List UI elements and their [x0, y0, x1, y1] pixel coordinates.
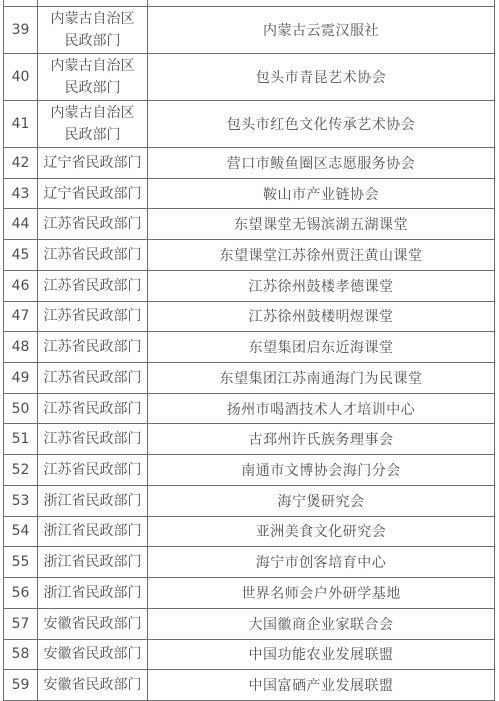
row-number-cell: 44 — [4, 209, 38, 240]
table-row: 48江苏省民政部门东望集团启东近海课堂 — [4, 332, 495, 363]
table-row: 41内蒙古自治区 民政部门包头市红色文化传承艺术协会 — [4, 101, 495, 148]
table-row: 54浙江省民政部门亚洲美食文化研究会 — [4, 517, 495, 548]
department-cell: 浙江省民政部门 — [38, 517, 148, 548]
row-number-cell: 41 — [4, 101, 38, 148]
table-row: 43辽宁省民政部门鞍山市产业链协会 — [4, 179, 495, 210]
table-row: 44江苏省民政部门东望课堂无锡滨湖五湖课堂 — [4, 209, 495, 240]
organization-cell: 营口市鲅鱼圈区志愿服务协会 — [148, 148, 495, 179]
document-page: 39内蒙古自治区 民政部门内蒙古云霓汉服社40内蒙古自治区 民政部门包头市青昆艺… — [0, 0, 499, 701]
row-number-cell: 45 — [4, 240, 38, 271]
table-row: 47江苏省民政部门江苏徐州鼓楼明煜课堂 — [4, 302, 495, 333]
table-row: 42辽宁省民政部门营口市鲅鱼圈区志愿服务协会 — [4, 148, 495, 179]
department-cell: 辽宁省民政部门 — [38, 179, 148, 210]
row-number-cell: 54 — [4, 517, 38, 548]
row-number-cell: 59 — [4, 670, 38, 701]
department-cell: 江苏省民政部门 — [38, 332, 148, 363]
row-number-cell: 57 — [4, 609, 38, 640]
table-row: 52江苏省民政部门南通市文博协会海门分会 — [4, 455, 495, 486]
department-cell: 浙江省民政部门 — [38, 578, 148, 609]
department-cell: 江苏省民政部门 — [38, 209, 148, 240]
row-number-cell: 49 — [4, 363, 38, 394]
department-cell: 江苏省民政部门 — [38, 363, 148, 394]
department-cell: 江苏省民政部门 — [38, 271, 148, 302]
department-cell: 江苏省民政部门 — [38, 302, 148, 333]
department-cell: 江苏省民政部门 — [38, 240, 148, 271]
table-row: 40内蒙古自治区 民政部门包头市青昆艺术协会 — [4, 54, 495, 101]
row-number-cell: 42 — [4, 148, 38, 179]
row-number-cell: 48 — [4, 332, 38, 363]
table-row-partial — [4, 0, 495, 7]
table-row: 45江苏省民政部门东望课堂江苏徐州贾汪黄山课堂 — [4, 240, 495, 271]
row-number-cell: 50 — [4, 394, 38, 425]
row-number-cell: 56 — [4, 578, 38, 609]
department-cell: 江苏省民政部门 — [38, 455, 148, 486]
row-number-cell: 43 — [4, 179, 38, 210]
department-cell: 浙江省民政部门 — [38, 547, 148, 578]
row-number-cell: 58 — [4, 640, 38, 671]
table-row: 55浙江省民政部门海宁市创客培育中心 — [4, 547, 495, 578]
department-cell — [38, 0, 148, 7]
row-number-cell — [4, 0, 38, 7]
organization-cell: 东望课堂江苏徐州贾汪黄山课堂 — [148, 240, 495, 271]
organization-cell: 亚洲美食文化研究会 — [148, 517, 495, 548]
organization-cell: 扬州市喝酒技术人才培训中心 — [148, 394, 495, 425]
organization-cell: 中国功能农业发展联盟 — [148, 640, 495, 671]
department-cell: 内蒙古自治区 民政部门 — [38, 7, 148, 54]
row-number-cell: 55 — [4, 547, 38, 578]
organization-cell: 中国富硒产业发展联盟 — [148, 670, 495, 701]
department-cell: 辽宁省民政部门 — [38, 148, 148, 179]
table-row: 46江苏省民政部门江苏徐州鼓楼孝德课堂 — [4, 271, 495, 302]
organization-cell: 海宁市创客培育中心 — [148, 547, 495, 578]
table-row: 56浙江省民政部门世界名师会户外研学基地 — [4, 578, 495, 609]
department-cell: 安徽省民政部门 — [38, 670, 148, 701]
organization-cell: 古邳州许氏族务理事会 — [148, 424, 495, 455]
organization-list-table: 39内蒙古自治区 民政部门内蒙古云霓汉服社40内蒙古自治区 民政部门包头市青昆艺… — [3, 0, 495, 701]
department-cell: 安徽省民政部门 — [38, 640, 148, 671]
table-row: 50江苏省民政部门扬州市喝酒技术人才培训中心 — [4, 394, 495, 425]
organization-cell: 世界名师会户外研学基地 — [148, 578, 495, 609]
department-cell: 江苏省民政部门 — [38, 394, 148, 425]
row-number-cell: 53 — [4, 486, 38, 517]
department-cell: 内蒙古自治区 民政部门 — [38, 54, 148, 101]
organization-cell: 内蒙古云霓汉服社 — [148, 7, 495, 54]
organization-cell — [148, 0, 495, 7]
organization-cell: 鞍山市产业链协会 — [148, 179, 495, 210]
department-cell: 内蒙古自治区 民政部门 — [38, 101, 148, 148]
organization-cell: 包头市青昆艺术协会 — [148, 54, 495, 101]
organization-cell: 东望集团启东近海课堂 — [148, 332, 495, 363]
row-number-cell: 40 — [4, 54, 38, 101]
department-cell: 浙江省民政部门 — [38, 486, 148, 517]
table-row: 51江苏省民政部门古邳州许氏族务理事会 — [4, 424, 495, 455]
organization-cell: 包头市红色文化传承艺术协会 — [148, 101, 495, 148]
table-row: 59安徽省民政部门中国富硒产业发展联盟 — [4, 670, 495, 701]
organization-cell: 江苏徐州鼓楼孝德课堂 — [148, 271, 495, 302]
organization-cell: 海宁煲研究会 — [148, 486, 495, 517]
row-number-cell: 39 — [4, 7, 38, 54]
department-cell: 安徽省民政部门 — [38, 609, 148, 640]
organization-cell: 南通市文博协会海门分会 — [148, 455, 495, 486]
row-number-cell: 52 — [4, 455, 38, 486]
row-number-cell: 51 — [4, 424, 38, 455]
organization-cell: 东望课堂无锡滨湖五湖课堂 — [148, 209, 495, 240]
organization-cell: 大国徽商企业家联合会 — [148, 609, 495, 640]
organization-cell: 江苏徐州鼓楼明煜课堂 — [148, 302, 495, 333]
table-row: 58安徽省民政部门中国功能农业发展联盟 — [4, 640, 495, 671]
table-row: 39内蒙古自治区 民政部门内蒙古云霓汉服社 — [4, 7, 495, 54]
table-row: 53浙江省民政部门海宁煲研究会 — [4, 486, 495, 517]
table-row: 49江苏省民政部门东望集团江苏南通海门为民课堂 — [4, 363, 495, 394]
table-row: 57安徽省民政部门大国徽商企业家联合会 — [4, 609, 495, 640]
department-cell: 江苏省民政部门 — [38, 424, 148, 455]
organization-cell: 东望集团江苏南通海门为民课堂 — [148, 363, 495, 394]
row-number-cell: 46 — [4, 271, 38, 302]
row-number-cell: 47 — [4, 302, 38, 333]
